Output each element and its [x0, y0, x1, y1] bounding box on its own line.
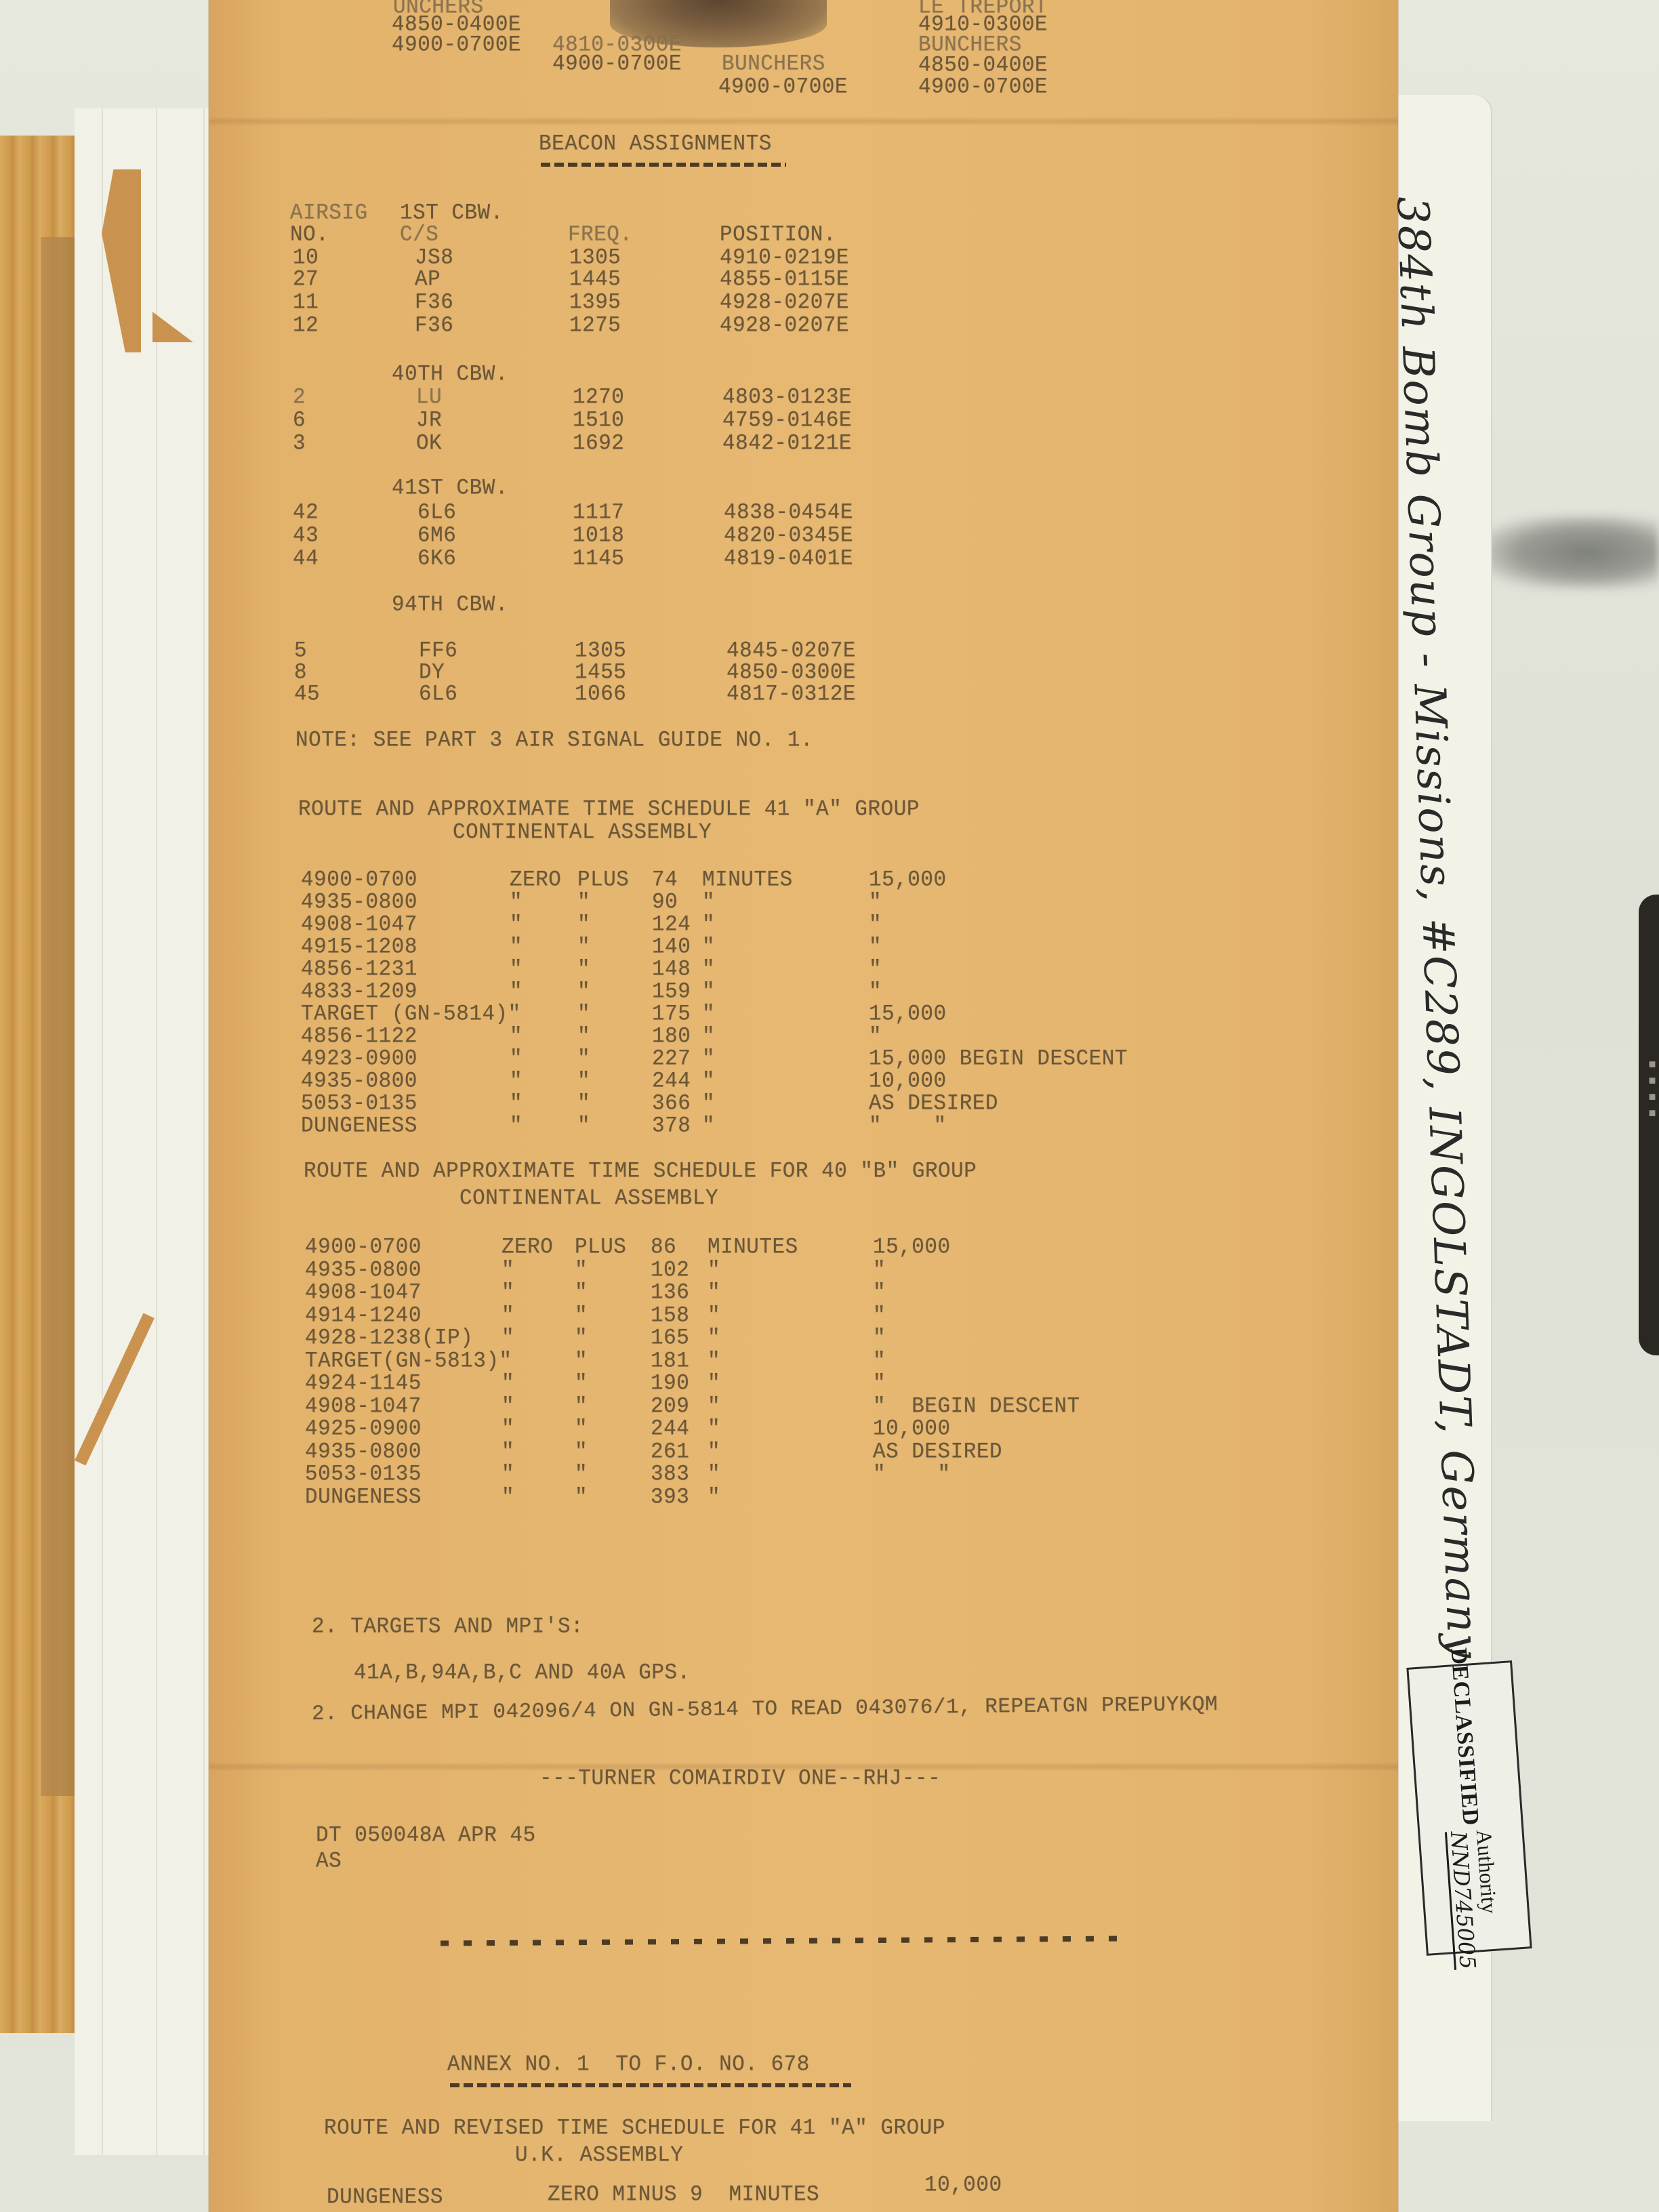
minutes-unit: " [708, 1304, 720, 1328]
frequency: 1305 [575, 639, 626, 663]
zero-label: " [501, 1486, 514, 1509]
schedule-b-subtitle: CONTINENTAL ASSEMBLY [459, 1187, 718, 1210]
position: 4820-0345E [724, 524, 853, 548]
plus-label: " [575, 1304, 588, 1328]
zero-label: " [501, 1281, 514, 1305]
plus-label: " [577, 1025, 590, 1048]
frequency: 1455 [575, 661, 626, 684]
zero-label: " [510, 913, 523, 937]
minutes-value: 165 [651, 1326, 689, 1350]
minutes-unit: MINUTES [702, 868, 793, 892]
plus-label: " [577, 935, 590, 959]
annex-schedule-title: ROUTE AND REVISED TIME SCHEDULE FOR 41 "… [324, 2116, 945, 2140]
route-point: 4833-1209 [301, 980, 417, 1004]
plus-label: " [575, 1258, 588, 1282]
header-fragment-col4-3: 4850-0400E [918, 54, 1048, 77]
position: 4817-0312E [726, 682, 856, 706]
dtg-initials: AS [316, 1849, 342, 1873]
altitude: " [873, 1258, 886, 1282]
title-underline [541, 163, 786, 167]
route-point: 5053-0135 [305, 1462, 422, 1486]
minutes-value: 136 [651, 1281, 689, 1305]
minutes-value: 227 [652, 1047, 691, 1071]
minutes-value: 181 [651, 1349, 689, 1373]
altitude: " BEGIN DESCENT [873, 1395, 1080, 1418]
col-header-cs: C/S [400, 223, 438, 247]
airsig-no: 6 [293, 409, 306, 432]
airsig-no: 45 [294, 682, 320, 706]
route-point: 4908-1047 [301, 913, 417, 937]
altitude: " [873, 1281, 886, 1305]
route-point: 4923-0900 [301, 1047, 417, 1071]
beacon-group-name: 40TH CBW. [392, 363, 508, 386]
route-point: 4924-1145 [305, 1372, 422, 1395]
paper-stack-edge [41, 237, 75, 1796]
altitude: 10,000 [869, 1069, 947, 1093]
frequency: 1018 [573, 524, 624, 548]
targets-groups: 41A,B,94A,B,C AND 40A GPS. [354, 1661, 691, 1685]
position: 4845-0207E [726, 639, 856, 663]
altitude: 15,000 [869, 868, 947, 892]
beacon-group-name: 94TH CBW. [392, 593, 508, 617]
annex-row-altitude: 10,000 [924, 2173, 1002, 2197]
frequency: 1395 [569, 291, 621, 314]
folder-crease [102, 108, 103, 2155]
minutes-value: 124 [652, 913, 691, 937]
col-header-freq: FREQ. [568, 223, 633, 247]
altitude: 10,000 [873, 1417, 951, 1441]
position: 4850-0300E [726, 661, 856, 684]
route-point: 4935-0800 [301, 890, 417, 914]
col-header-airsig: AIRSIG [290, 201, 368, 225]
plus-label: " [577, 890, 590, 914]
call-sign: 6K6 [417, 547, 456, 571]
altitude: " [873, 1349, 886, 1373]
minutes-unit: " [708, 1349, 720, 1373]
frequency: 1692 [573, 432, 624, 455]
zero-label: " [510, 958, 523, 981]
frequency: 1510 [573, 409, 624, 432]
zero-label: " [510, 935, 523, 959]
call-sign: DY [419, 661, 445, 684]
altitude: " " [869, 1114, 947, 1138]
altitude: " [873, 1372, 886, 1395]
call-sign: JR [416, 409, 442, 432]
airsig-no: 3 [293, 432, 306, 455]
minutes-value: 74 [652, 868, 678, 892]
minutes-value: 86 [651, 1235, 676, 1259]
minutes-value: 209 [651, 1395, 689, 1418]
zero-label: " [510, 1114, 523, 1138]
stamp-authority: Authority NND745005 [1446, 1828, 1506, 1970]
minutes-value: 244 [651, 1417, 689, 1441]
minutes-unit: " [702, 1114, 715, 1138]
plus-label: " [575, 1462, 588, 1486]
minutes-unit: " [702, 1069, 715, 1093]
minutes-unit: " [702, 958, 715, 981]
airsig-no: 43 [293, 524, 319, 548]
header-fragment-col3-1: BUNCHERS [722, 52, 825, 76]
call-sign: AP [415, 268, 441, 291]
minutes-value: 90 [652, 890, 678, 914]
position: 4842-0121E [722, 432, 852, 455]
minutes-unit: " [708, 1417, 720, 1441]
plus-label: " [577, 1002, 590, 1026]
minutes-unit: " [708, 1372, 720, 1395]
declassified-stamp: DECLASSIFIED Authority NND745005 [1406, 1660, 1532, 1956]
call-sign: 6L6 [419, 682, 457, 706]
header-fragment-col4-4: 4900-0700E [918, 75, 1048, 99]
paper-stack [0, 136, 75, 2033]
minutes-value: 140 [652, 935, 691, 959]
schedule-b-title: ROUTE AND APPROXIMATE TIME SCHEDULE FOR … [304, 1160, 977, 1183]
col-header-no: NO. [290, 223, 329, 247]
frequency: 1066 [575, 682, 626, 706]
airsig-no: 27 [293, 268, 319, 291]
route-point: 4925-0900 [305, 1417, 422, 1441]
paper-scrap [75, 1313, 155, 1465]
minutes-value: 175 [652, 1002, 691, 1026]
minutes-unit: " [702, 1025, 715, 1048]
airsig-no: 8 [294, 661, 307, 684]
frequency: 1145 [573, 547, 624, 571]
altitude: " [869, 913, 882, 937]
position: 4928-0207E [720, 314, 849, 337]
minutes-unit: " [702, 1047, 715, 1071]
position: 4910-0219E [720, 246, 849, 270]
beacon-group-name: 1ST CBW. [400, 201, 504, 225]
annex-schedule-subtitle: U.K. ASSEMBLY [515, 2144, 683, 2167]
minutes-unit: " [708, 1440, 720, 1464]
annex-underline [450, 2083, 851, 2087]
minutes-value: 148 [652, 958, 691, 981]
route-point: DUNGENESS [305, 1486, 422, 1509]
zero-label: " [510, 1025, 523, 1048]
paper-scrap [152, 312, 193, 342]
altitude: 15,000 [869, 1002, 947, 1026]
minutes-unit: " [708, 1326, 720, 1350]
position: 4819-0401E [724, 547, 853, 571]
dtg-line: DT 050048A APR 45 [316, 1824, 536, 1847]
minutes-unit: " [708, 1486, 720, 1509]
plus-label: " [577, 1092, 590, 1115]
col-header-position: POSITION. [720, 223, 836, 247]
route-point: 5053-0135 [301, 1092, 417, 1115]
altitude: AS DESIRED [873, 1440, 1002, 1464]
route-point: 4915-1208 [301, 935, 417, 959]
minutes-value: 383 [651, 1462, 689, 1486]
minutes-value: 158 [651, 1304, 689, 1328]
device-label: ■■■■ [1643, 1057, 1659, 1152]
plus-label: " [575, 1281, 588, 1305]
zero-label: ZERO [501, 1235, 553, 1259]
zero-label: ZERO [510, 868, 561, 892]
plus-label: " [577, 1114, 590, 1138]
targets-heading: 2. TARGETS AND MPI'S: [312, 1615, 583, 1639]
zero-label: " [510, 1069, 523, 1093]
beacon-assignments-title: BEACON ASSIGNMENTS [539, 132, 772, 156]
folder-crease [203, 108, 205, 2155]
minutes-unit: " [708, 1281, 720, 1305]
altitude: 15,000 [873, 1235, 951, 1259]
altitude: 15,000 BEGIN DESCENT [869, 1047, 1128, 1071]
zero-label: " [501, 1372, 514, 1395]
folder-crease [156, 108, 157, 2155]
route-point: 4900-0700 [305, 1235, 422, 1259]
header-fragment-col1-2: 4900-0700E [392, 33, 521, 57]
call-sign: LU [416, 386, 442, 409]
minutes-value: 180 [652, 1025, 691, 1048]
plus-label: " [575, 1395, 588, 1418]
call-sign: OK [416, 432, 442, 455]
header-fragment-col2-2: 4900-0700E [552, 52, 682, 76]
minutes-unit: " [708, 1462, 720, 1486]
zero-label: " [501, 1326, 514, 1350]
marble-background [1477, 515, 1659, 590]
frequency: 1305 [569, 246, 621, 270]
plus-label: " [575, 1417, 588, 1441]
altitude: " [869, 958, 882, 981]
beacon-note: NOTE: SEE PART 3 AIR SIGNAL GUIDE NO. 1. [295, 729, 813, 752]
call-sign: JS8 [415, 246, 453, 270]
airsig-no: 44 [293, 547, 319, 571]
altitude: " [873, 1304, 886, 1328]
position: 4928-0207E [720, 291, 849, 314]
altitude: " [869, 890, 882, 914]
minutes-value: 159 [652, 980, 691, 1004]
plus-label: " [577, 958, 590, 981]
zero-label: " [501, 1462, 514, 1486]
minutes-value: 102 [651, 1258, 689, 1282]
route-point: 4914-1240 [305, 1304, 422, 1328]
call-sign: 6M6 [417, 524, 456, 548]
minutes-value: 261 [651, 1440, 689, 1464]
minutes-value: 366 [652, 1092, 691, 1115]
altitude: " [869, 980, 882, 1004]
plus-label: " [575, 1349, 588, 1373]
zero-label: " [510, 890, 523, 914]
altitude: " [869, 1025, 882, 1048]
call-sign: F36 [415, 291, 453, 314]
zero-label: " [501, 1417, 514, 1441]
airsig-no: 42 [293, 501, 319, 525]
plus-label: " [575, 1372, 588, 1395]
zero-label: " [501, 1440, 514, 1464]
annex-row-time: ZERO MINUS 9 MINUTES [548, 2183, 819, 2207]
minutes-value: 393 [651, 1486, 689, 1509]
minutes-unit: " [708, 1258, 720, 1282]
plus-label: " [577, 1069, 590, 1093]
altitude: AS DESIRED [869, 1092, 998, 1115]
beacon-group-name: 41ST CBW. [392, 476, 508, 500]
stamp-authority-label: Authority [1472, 1828, 1502, 1914]
minutes-unit: " [708, 1395, 720, 1418]
frequency: 1445 [569, 268, 621, 291]
zero-label: " [510, 1092, 523, 1115]
schedule-a-subtitle: CONTINENTAL ASSEMBLY [453, 821, 712, 844]
plus-label: " [575, 1326, 588, 1350]
route-point: 4935-0800 [305, 1440, 422, 1464]
call-sign: F36 [415, 314, 453, 337]
route-point: DUNGENESS [301, 1114, 417, 1138]
minutes-value: 378 [652, 1114, 691, 1138]
minutes-unit: MINUTES [708, 1235, 798, 1259]
airsig-no: 5 [294, 639, 307, 663]
position: 4855-0115E [720, 268, 849, 291]
call-sign: FF6 [419, 639, 457, 663]
fold-line [209, 117, 1398, 126]
minutes-unit: " [702, 1092, 715, 1115]
plus-label: " [577, 913, 590, 937]
airsig-no: 10 [293, 246, 319, 270]
position: 4838-0454E [724, 501, 853, 525]
position: 4759-0146E [722, 409, 852, 432]
route-point: 4935-0800 [305, 1258, 422, 1282]
minutes-value: 190 [651, 1372, 689, 1395]
minutes-unit: " [702, 913, 715, 937]
paper-scrap [102, 169, 141, 352]
schedule-a-title: ROUTE AND APPROXIMATE TIME SCHEDULE 41 "… [298, 798, 920, 821]
annex-title: ANNEX NO. 1 TO F.O. NO. 678 [447, 2053, 810, 2076]
zero-label: " [501, 1304, 514, 1328]
minutes-unit: " [702, 890, 715, 914]
position: 4803-0123E [722, 386, 852, 409]
header-fragment-col3-2: 4900-0700E [718, 75, 848, 99]
plus-label: " [577, 1047, 590, 1071]
minutes-unit: " [702, 980, 715, 1004]
route-point: 4900-0700 [301, 868, 417, 892]
call-sign: 6L6 [417, 501, 456, 525]
route-point: 4856-1122 [301, 1025, 417, 1048]
route-point: TARGET (GN-5814)" [301, 1002, 521, 1026]
zero-label: " [501, 1395, 514, 1418]
airsig-no: 11 [293, 291, 319, 314]
frequency: 1275 [569, 314, 621, 337]
airsig-no: 2 [293, 386, 306, 409]
altitude: " " [873, 1462, 951, 1486]
zero-label: " [501, 1258, 514, 1282]
plus-label: PLUS [575, 1235, 626, 1259]
plus-label: " [575, 1486, 588, 1509]
plus-label: " [577, 980, 590, 1004]
frequency: 1270 [573, 386, 624, 409]
route-point: 4908-1047 [305, 1395, 422, 1418]
zero-label: " [510, 1047, 523, 1071]
route-point: 4928-1238(IP) [305, 1326, 473, 1350]
signature-line: ---TURNER COMAIRDIV ONE--RHJ--- [539, 1767, 941, 1790]
airsig-no: 12 [293, 314, 319, 337]
altitude: " [873, 1326, 886, 1350]
route-point: TARGET(GN-5813)" [305, 1349, 512, 1373]
route-point: 4908-1047 [305, 1281, 422, 1305]
route-point: 4935-0800 [301, 1069, 417, 1093]
annex-row-point: DUNGENESS [327, 2186, 443, 2209]
plus-label: PLUS [577, 868, 629, 892]
frequency: 1117 [573, 501, 624, 525]
minutes-unit: " [702, 935, 715, 959]
route-point: 4856-1231 [301, 958, 417, 981]
minutes-unit: " [702, 1002, 715, 1026]
plus-label: " [575, 1440, 588, 1464]
zero-label: " [510, 980, 523, 1004]
stamp-title: DECLASSIFIED [1446, 1647, 1483, 1827]
altitude: " [869, 935, 882, 959]
minutes-value: 244 [652, 1069, 691, 1093]
